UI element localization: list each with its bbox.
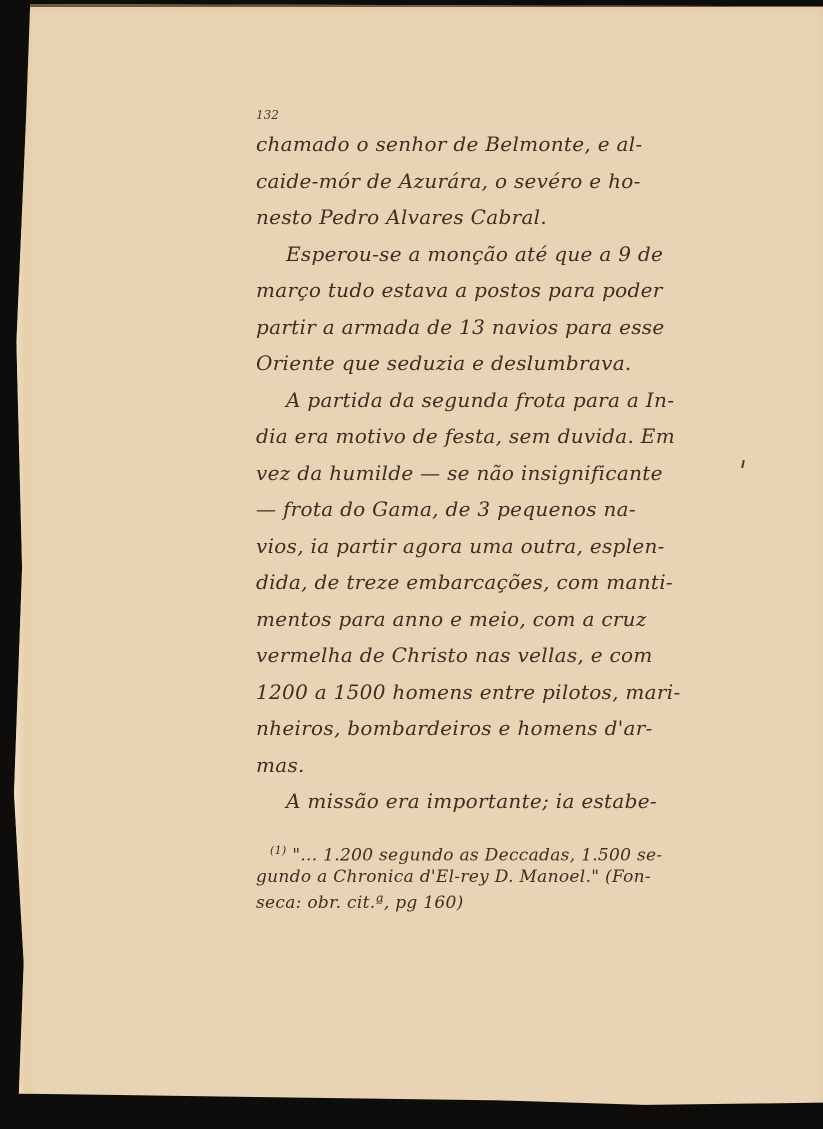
footnote-marker: (1) xyxy=(270,844,286,857)
text-line: partir a armada de 13 navios para esse xyxy=(256,309,726,346)
text-line: nheiros, bombardeiros e homens d'ar- xyxy=(256,710,726,747)
footnote-line: seca: obr. cit.ª, pg 160) xyxy=(256,890,726,916)
paragraph-start-line: A partida da segunda frota para a In- xyxy=(256,382,726,419)
footnote-text: "... 1.200 segundo as Deccadas, 1.500 se… xyxy=(292,845,662,865)
text-line: vios, ia partir agora uma outra, esplen- xyxy=(256,528,726,565)
page-number: 132 xyxy=(256,108,726,122)
text-line: nesto Pedro Alvares Cabral. xyxy=(256,199,726,236)
text-line: Oriente que seduzia e deslumbrava. xyxy=(256,345,726,382)
page-edge xyxy=(14,7,34,1129)
paragraph-start-line: A missão era importante; ia estabe- xyxy=(256,783,726,820)
text-line: março tudo estava a postos para poder xyxy=(256,272,726,309)
footnote: (1) "... 1.200 segundo as Deccadas, 1.50… xyxy=(256,838,726,916)
paragraph-start-line: Esperou-se a monção até que a 9 de xyxy=(256,236,726,273)
footnote-line: gundo a Chronica d'El-rey D. Manoel." (F… xyxy=(256,864,726,890)
text-line: dida, de treze embarcações, com manti- xyxy=(256,564,726,601)
text-line: — frota do Gama, de 3 pequenos na- xyxy=(256,491,726,528)
manuscript-text: 132 chamado o senhor de Belmonte, e al- … xyxy=(256,108,726,916)
text-line: chamado o senhor de Belmonte, e al- xyxy=(256,126,726,163)
footnote-line: (1) "... 1.200 segundo as Deccadas, 1.50… xyxy=(256,838,726,864)
text-line: vermelha de Christo nas vellas, e com xyxy=(256,637,726,674)
text-line: mas. xyxy=(256,747,726,784)
text-line: mentos para anno e meio, com a cruz xyxy=(256,601,726,638)
text-line: vez da humilde — se não insignificante xyxy=(256,455,726,492)
text-line: caide-mór de Azurára, o sevéro e ho- xyxy=(256,163,726,200)
text-line-with-footnote-ref: 1200 a 1500 homens entre pilotos, mari- xyxy=(256,674,726,711)
text-line: dia era motivo de festa, sem duvida. Em xyxy=(256,418,726,455)
